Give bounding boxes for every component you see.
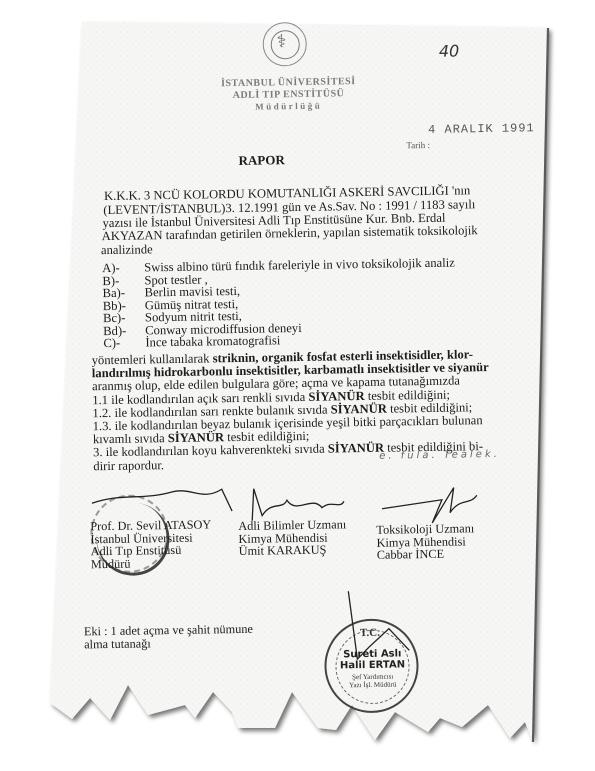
document-title: RAPOR [238, 152, 284, 169]
signatory-3: Toksikoloji Uzmanı Kimya Mühendisi Cabba… [376, 522, 474, 561]
signatory-1: Prof. Dr. Sevil ATASOY İstanbul Üniversi… [90, 518, 212, 570]
attachment-note: Eki : 1 adet açma ve şahit nümune alma t… [84, 623, 253, 651]
page-number: 40 [439, 41, 460, 60]
signatory-2: Adli Bilimler Uzmanı Kimya Mühendisi Ümi… [238, 518, 347, 557]
intro-line: analizinde [101, 243, 153, 257]
date-value: 4 ARALIK 1991 [428, 121, 535, 137]
date-label: Tarih : [406, 140, 430, 150]
stamp-signature [338, 588, 419, 679]
method-item: C)-İnce tabaka kromatografisi [103, 332, 456, 350]
document-content: İSTANBUL ÜNİVERSİTESİ ADLİ TIP ENSTİTÜSÜ… [0, 0, 595, 771]
directorate-label: Müdürlüğü [214, 100, 364, 112]
university-seal-icon [262, 22, 307, 67]
handwritten-note: e. fula. Tealek. [379, 449, 500, 462]
method-list: A)-Swiss albino türü fındık fareleriyle … [102, 257, 456, 350]
